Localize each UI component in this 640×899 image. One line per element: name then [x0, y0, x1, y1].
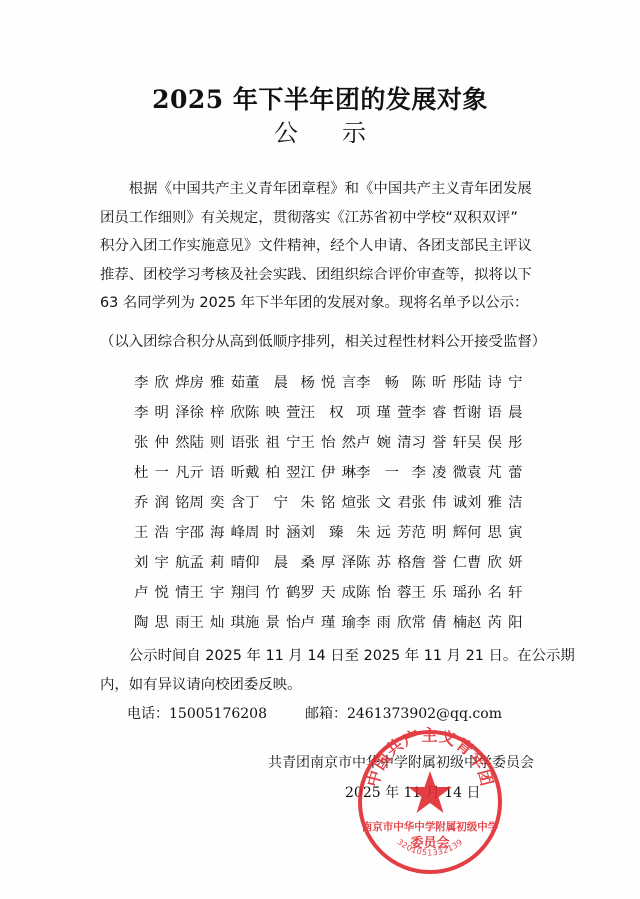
- student-name: 乔润铭: [134, 491, 190, 512]
- student-name: 王浩宇: [134, 521, 190, 542]
- student-name: 陈怡蓉: [356, 581, 412, 602]
- intro-line: 63 名同学列为 2025 年下半年团的发展对象。现将名单予以公示：: [100, 289, 540, 318]
- student-name: 赵芮阳: [467, 611, 523, 632]
- student-name: 卢婉清: [356, 431, 412, 452]
- student-name: 周奕含: [190, 491, 246, 512]
- student-name: 王乐瑶: [412, 581, 468, 602]
- student-name: 邵海峰: [190, 521, 246, 542]
- student-name: 刘臻: [301, 521, 344, 542]
- student-name: 李雨欣: [356, 611, 412, 632]
- student-name: 陈昕彤: [412, 371, 468, 392]
- names-row: 卢悦情王宇翔闫竹鹤罗天成陈怡蓉王乐瑶孙名轩: [134, 576, 523, 606]
- email-label: 邮箱：: [305, 706, 347, 722]
- student-name: 常倩楠: [412, 611, 468, 632]
- student-name: 陆则语: [190, 431, 246, 452]
- period-line: 公示时间自 2025 年 11 月 14 日至 2025 年 11 月 21 日…: [100, 642, 540, 671]
- student-name: 戴柏翌: [245, 461, 301, 482]
- student-name: 吴俣彤: [467, 431, 523, 452]
- notice-page: 2025 年下半年团的发展对象 公示 根据《中国共产主义青年团章程》和《中国共产…: [0, 0, 640, 899]
- student-name: 李明泽: [134, 401, 190, 422]
- student-name: 汪权: [301, 401, 344, 422]
- intro-line: 推荐、团校学习考核及社会实践、团组织综合评价审查等，拟将以下: [100, 261, 540, 290]
- student-name: 谢语晨: [467, 401, 523, 422]
- student-name: 王宇翔: [190, 581, 246, 602]
- student-name: 施景怡: [245, 611, 301, 632]
- student-name: 项瑾萱: [356, 401, 412, 422]
- student-name: 李欣烨: [134, 371, 190, 392]
- student-name: 李畅: [356, 371, 399, 392]
- student-name: 董晨: [245, 371, 288, 392]
- names-row: 乔润铭周奕含丁宁朱铭煊张文君张伟诚刘雅洁: [134, 486, 523, 516]
- intro-line: 积分入团工作实施意见》文件精神，经个人申请、各团支部民主评议: [100, 232, 540, 261]
- student-name: 江伊琳: [301, 461, 357, 482]
- period-paragraph: 公示时间自 2025 年 11 月 14 日至 2025 年 11 月 21 日…: [100, 642, 540, 700]
- names-row: 王浩宇邵海峰周时涵刘臻朱远芳范明辉何思寅: [134, 516, 523, 546]
- names-row: 李明泽徐梓欣陈映萱汪权项瑾萱李睿哲谢语晨: [134, 396, 523, 426]
- student-name: 杜一凡: [134, 461, 190, 482]
- names-row: 刘宇航孟莉晴仰晨桑厚泽陈苏格詹誉仁曹欣妍: [134, 546, 523, 576]
- names-list: 李欣烨房雅茹董晨杨悦言李畅陈昕彤陆诗宁李明泽徐梓欣陈映萱汪权项瑾萱李睿哲谢语晨张…: [134, 366, 523, 636]
- student-name: 丁宁: [245, 491, 288, 512]
- contact-info: 电话：15005176208邮箱：2461373902@qq.com: [127, 703, 502, 723]
- student-name: 房雅茹: [190, 371, 246, 392]
- student-name: 朱远芳: [356, 521, 412, 542]
- official-seal-icon: 中国共产主义青年团 南京市中华中学附属初级中学 委员会 320105133213…: [355, 727, 505, 877]
- student-name: 张祖宁: [245, 431, 301, 452]
- intro-line: 团员工作细则》有关规定，贯彻落实《江苏省初中学校“双积双评”: [100, 204, 540, 233]
- ranking-note: （以入团综合积分从高到低顺序排列，相关过程性材料公开接受监督）: [100, 330, 560, 351]
- student-name: 刘宇航: [134, 551, 190, 572]
- student-name: 仰晨: [245, 551, 288, 572]
- subtitle-char-1: 公: [274, 113, 298, 148]
- student-name: 张伟诚: [412, 491, 468, 512]
- student-name: 陶思雨: [134, 611, 190, 632]
- student-name: 朱铭煊: [301, 491, 357, 512]
- student-name: 刘雅洁: [467, 491, 523, 512]
- student-name: 袁芃蕾: [467, 461, 523, 482]
- student-name: 罗天成: [301, 581, 357, 602]
- student-name: 张仲然: [134, 431, 190, 452]
- student-name: 陈苏格: [356, 551, 412, 572]
- student-name: 李凌微: [412, 461, 468, 482]
- student-name: 孙名轩: [467, 581, 523, 602]
- subtitle-char-2: 示: [342, 113, 366, 148]
- names-row: 张仲然陆则语张祖宁王怡然卢婉清习誉轩吴俣彤: [134, 426, 523, 456]
- phone-label: 电话：: [127, 706, 169, 722]
- student-name: 周时涵: [245, 521, 301, 542]
- student-name: 李睿哲: [412, 401, 468, 422]
- student-name: 卢悦情: [134, 581, 190, 602]
- student-name: 杨悦言: [301, 371, 357, 392]
- names-row: 李欣烨房雅茹董晨杨悦言李畅陈昕彤陆诗宁: [134, 366, 523, 396]
- phone-number: 15005176208: [169, 706, 267, 722]
- student-name: 王怡然: [301, 431, 357, 452]
- document-subtitle: 公示: [0, 113, 640, 148]
- document-title: 2025 年下半年团的发展对象: [0, 80, 640, 116]
- seal-middle-text: 南京市中华中学附属初级中学: [362, 820, 499, 833]
- student-name: 卢瑾瑜: [301, 611, 357, 632]
- student-name: 陈映萱: [245, 401, 301, 422]
- intro-paragraph: 根据《中国共产主义青年团章程》和《中国共产主义青年团发展 团员工作细则》有关规定…: [100, 175, 540, 318]
- student-name: 闫竹鹤: [245, 581, 301, 602]
- student-name: 詹誉仁: [412, 551, 468, 572]
- student-name: 曹欣妍: [467, 551, 523, 572]
- student-name: 徐梓欣: [190, 401, 246, 422]
- student-name: 孟莉晴: [190, 551, 246, 572]
- intro-line: 根据《中国共产主义青年团章程》和《中国共产主义青年团发展: [100, 175, 540, 204]
- names-row: 陶思雨王灿琪施景怡卢瑾瑜李雨欣常倩楠赵芮阳: [134, 606, 523, 636]
- student-name: 亓语昕: [190, 461, 246, 482]
- student-name: 范明辉: [412, 521, 468, 542]
- student-name: 桑厚泽: [301, 551, 357, 572]
- student-name: 张文君: [356, 491, 412, 512]
- period-line: 内，如有异议请向校团委反映。: [100, 671, 540, 700]
- student-name: 李一: [356, 461, 399, 482]
- email-address: 2461373902@qq.com: [347, 706, 502, 722]
- student-name: 王灿琪: [190, 611, 246, 632]
- student-name: 陆诗宁: [467, 371, 523, 392]
- names-row: 杜一凡亓语昕戴柏翌江伊琳李一李凌微袁芃蕾: [134, 456, 523, 486]
- student-name: 习誉轩: [412, 431, 468, 452]
- student-name: 何思寅: [467, 521, 523, 542]
